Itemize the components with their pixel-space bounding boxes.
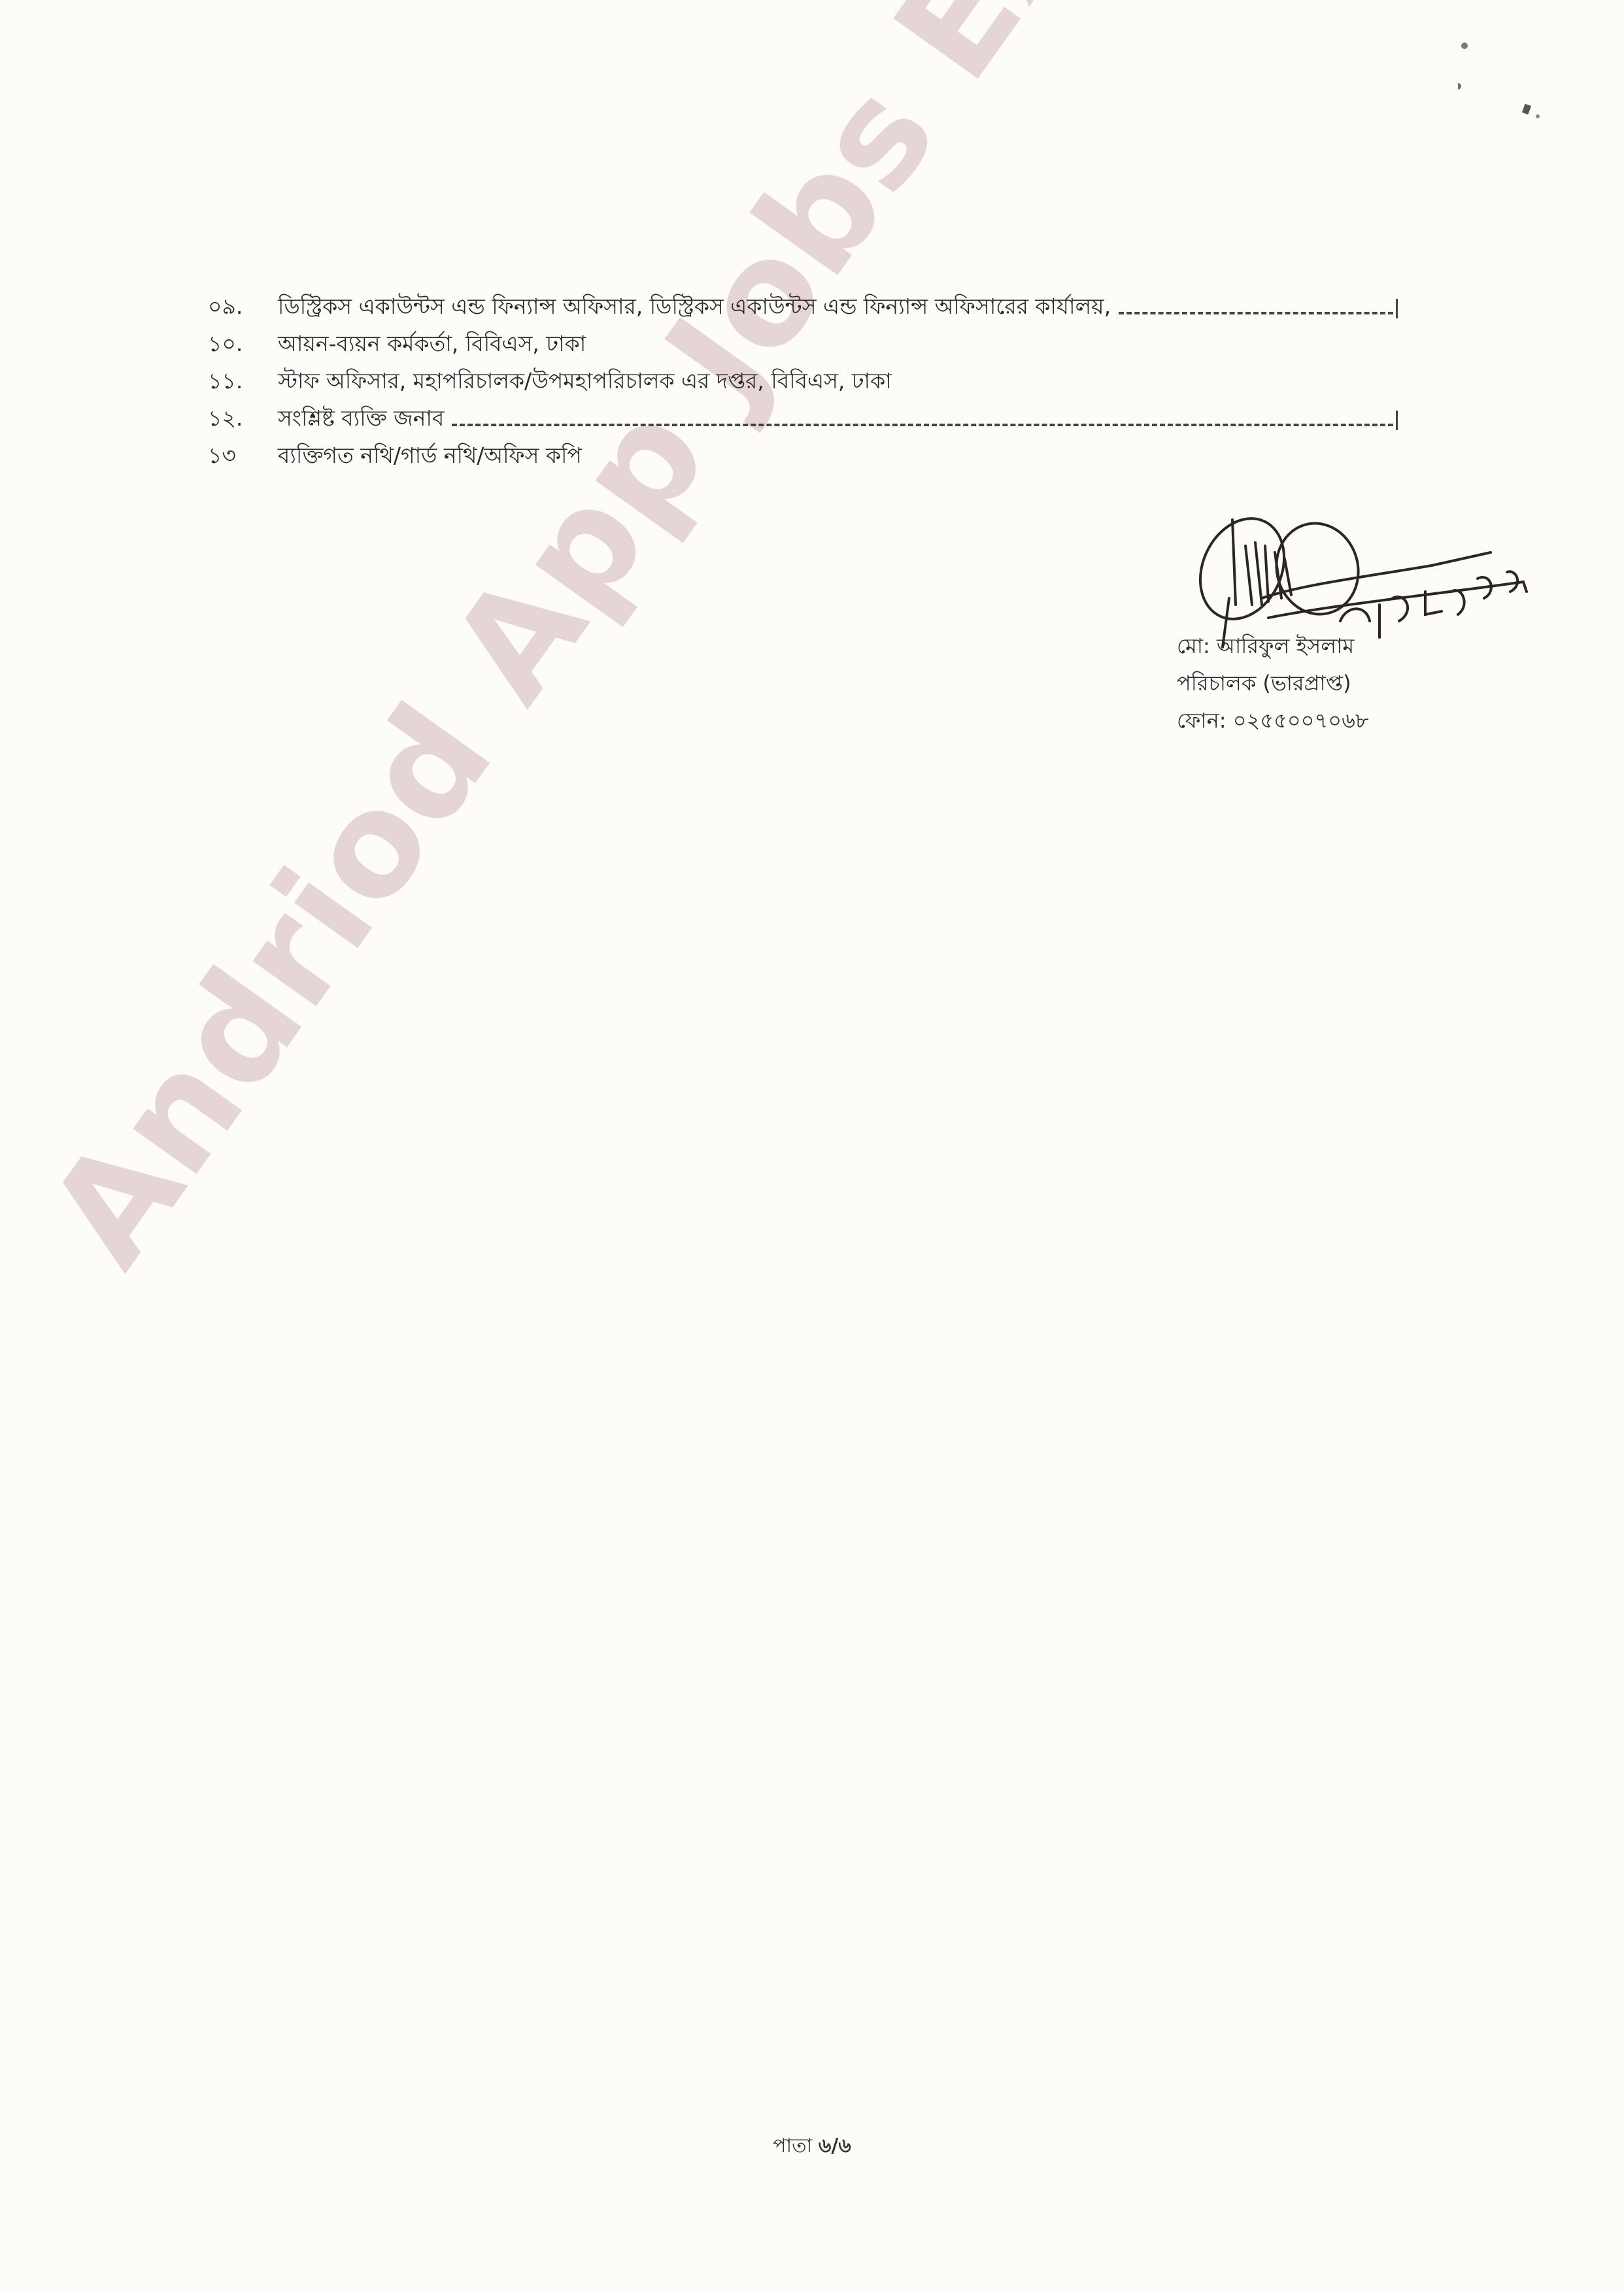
item-text: ব্যক্তিগত নথি/গার্ড নথি/অফিস কপি xyxy=(278,437,582,474)
distribution-item: ১২. সংশ্লিষ্ট ব্যক্তি জনাব xyxy=(208,399,1398,437)
distribution-item: ১০. আয়ন-ব্যয়ন কর্মকর্তা, বিবিএস, ঢাকা xyxy=(208,325,1398,362)
watermark: Andriod App Jobs Exam Alert xyxy=(18,0,1140,1294)
distribution-item: ১১. স্টাফ অফিসার, মহাপরিচালক/উপমহাপরিচাল… xyxy=(208,362,1398,399)
distribution-item: ১৩ ব্যক্তিগত নথি/গার্ড নথি/অফিস কপি xyxy=(208,437,1398,474)
signatory-designation: পরিচালক (ভারপ্রাপ্ত) xyxy=(1177,665,1369,702)
item-number: ১২. xyxy=(208,399,278,437)
signatory-phone: ফোন: ০২৫৫০০৭০৬৮ xyxy=(1177,702,1369,739)
page-number: ৬/৬ xyxy=(819,2134,851,2157)
signatory-block: মো: আরিফুল ইসলাম পরিচালক (ভারপ্রাপ্ত) ফো… xyxy=(1177,628,1369,739)
fill-line-end xyxy=(1396,299,1398,318)
fill-line-end xyxy=(1396,411,1398,430)
scan-specks xyxy=(1458,39,1602,131)
item-number: ১৩ xyxy=(208,437,278,474)
item-text: আয়ন-ব্যয়ন কর্মকর্তা, বিবিএস, ঢাকা xyxy=(278,325,586,362)
item-text: ডিস্ট্রিকস একাউন্টস এন্ড ফিন্যান্স অফিসা… xyxy=(278,288,1111,325)
distribution-list: ০৯. ডিস্ট্রিকস একাউন্টস এন্ড ফিন্যান্স অ… xyxy=(208,288,1398,474)
fill-line xyxy=(452,424,1393,426)
distribution-item: ০৯. ডিস্ট্রিকস একাউন্টস এন্ড ফিন্যান্স অ… xyxy=(208,288,1398,325)
item-text: সংশ্লিষ্ট ব্যক্তি জনাব xyxy=(278,399,444,437)
signatory-name: মো: আরিফুল ইসলাম xyxy=(1177,628,1369,665)
page-footer: পাতা ৬/৬ xyxy=(0,2130,1624,2163)
page-label: পাতা xyxy=(773,2134,819,2157)
fill-line xyxy=(1119,312,1393,314)
item-text: স্টাফ অফিসার, মহাপরিচালক/উপমহাপরিচালক এর… xyxy=(278,362,892,399)
item-number: ১০. xyxy=(208,325,278,362)
document-page: Andriod App Jobs Exam Alert ০৯. ডিস্ট্রি… xyxy=(0,0,1624,2294)
item-number: ০৯. xyxy=(208,288,278,325)
item-number: ১১. xyxy=(208,362,278,399)
